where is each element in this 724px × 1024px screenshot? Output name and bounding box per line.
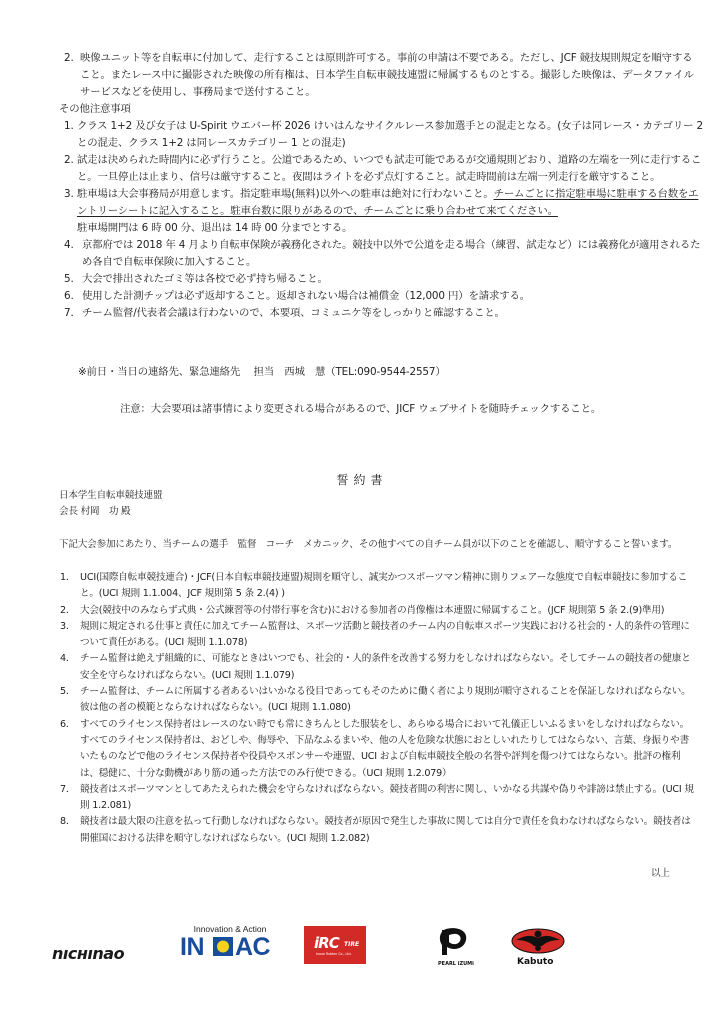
caution-note: 注意：大会要項は諸事情により変更される場合があるので、JICF ウェブサイトを随…: [120, 401, 601, 418]
item-number: 8．: [60, 814, 80, 847]
pledge-item-3: 3． 規則に規定される仕事と責任に加えてチーム監督は、スポーツ活動と競技者のチー…: [60, 619, 698, 652]
other-notes-heading: その他注意事項: [59, 101, 131, 118]
svg-text:IN: IN: [180, 934, 204, 958]
item-number: 3.: [64, 186, 77, 237]
pledge-item-1: 1． UCI(国際自転車競技連合)・JCF(日本自転車競技連盟)規則を順守し、誠…: [60, 570, 698, 603]
svg-text:PEARL iZUMi: PEARL iZUMi: [438, 961, 474, 967]
item-text: 映像ユニット等を自転車に付加して、走行することは原則許可する。事前の申請は不要で…: [78, 50, 696, 101]
item-number: 7．: [60, 782, 80, 815]
svg-text:TIRE: TIRE: [344, 941, 360, 948]
item-number: 3．: [60, 619, 80, 652]
item-text: チーム監督は、チームに所属する者あるいはいかなる役目であってもそのために働く者に…: [80, 684, 698, 717]
emergency-contact: ※前日・当日の連絡先、緊急連絡先 担当 西城 慧（TEL:090-9544-25…: [78, 364, 446, 381]
item-text: 使用した計測チップは必ず返却すること。返却されない場合は補償金（12,000 円…: [82, 288, 704, 305]
closing-mark: 以上: [651, 866, 670, 882]
item-number: 7．: [64, 305, 82, 322]
other-note-item-4: 4. 京都府では 2018 年 4 月より自転車保険が義務化された。競技中以外で…: [64, 237, 704, 271]
other-note-item-6: 6. 使用した計測チップは必ず返却すること。返却されない場合は補償金（12,00…: [64, 288, 704, 305]
kabuto-logo: Kabuto: [508, 926, 568, 972]
addressee-organization: 日本学生自転車競技連盟: [59, 488, 162, 504]
other-note-item-5: 5. 大会で排出されたゴミ等は各校で必ず持ち帰ること。: [64, 271, 704, 288]
inoac-wordmark-icon: IN AC: [178, 934, 282, 958]
item-number: 4.: [64, 237, 82, 271]
item-number: 5.: [64, 271, 82, 288]
document-page: 2. 映像ユニット等を自転車に付加して、走行することは原則許可する。事前の申請は…: [0, 0, 724, 1024]
video-rule-item: 2. 映像ユニット等を自転車に付加して、走行することは原則許可する。事前の申請は…: [64, 50, 696, 101]
nichinao-logo: nıcнınao: [50, 944, 154, 966]
pledge-list: 1． UCI(国際自転車競技連合)・JCF(日本自転車競技連盟)規則を順守し、誠…: [60, 570, 698, 847]
svg-text:nıcнınao: nıcнınao: [52, 944, 125, 962]
svg-text:Inoue Rubber Co., Ltd.: Inoue Rubber Co., Ltd.: [316, 952, 352, 956]
nichinao-logo-icon: nıcнınao: [50, 944, 154, 962]
svg-text:AC: AC: [235, 934, 271, 958]
irc-tire-logo: iRC TIRE Inoue Rubber Co., Ltd.: [304, 926, 366, 968]
item-text: チーム監督は絶えず組織的に、可能なときはいつでも、社会的・人的条件を改善する努力…: [80, 651, 698, 684]
other-note-item-1: 1. クラス 1+2 及び女子は U-Spirit ウエバー杯 2026 けいは…: [64, 118, 704, 152]
irc-tire-logo-icon: iRC TIRE Inoue Rubber Co., Ltd.: [304, 926, 366, 964]
item-number: 1.: [64, 118, 77, 152]
pledge-item-7: 7． 競技者はスポーツマンとしてあたえられた機会を守らなければならない。競技者間…: [60, 782, 698, 815]
item-number: 2．: [60, 603, 80, 619]
item-number: 2.: [64, 50, 78, 101]
svg-text:iRC: iRC: [314, 934, 340, 952]
item-number: 1．: [60, 570, 80, 603]
parking-hours-text: 駐車場開門は 6 時 00 分、退出は 14 時 00 分までとする。: [77, 222, 352, 234]
other-note-item-7: 7． チーム監督/代表者会議は行わないので、本要項、コミュニケ等をしっかりと確認…: [64, 305, 704, 322]
item-text: 規則に規定される仕事と責任に加えてチーム監督は、スポーツ活動と競技者のチーム内の…: [80, 619, 698, 652]
item-text: 大会で排出されたゴミ等は各校で必ず持ち帰ること。: [82, 271, 704, 288]
item-text: 試走は決められた時間内に必ず行うこと。公道であるため、いつでも試走可能であるが交…: [77, 152, 704, 186]
item-number: 5．: [60, 684, 80, 717]
item-number: 4．: [60, 651, 80, 684]
pledge-intro: 下記大会参加にあたり、当チームの選手 監督 コーチ メカニック、その他すべての自…: [59, 537, 719, 553]
item-number: 6．: [60, 717, 80, 782]
pledge-item-8: 8． 競技者は最大限の注意を払って行動しなければならない。競技者が原因で発生した…: [60, 814, 698, 847]
pledge-item-2: 2． 大会(競技中のみならず式典・公式練習等の付帯行事を含む)における参加者の肖…: [60, 603, 698, 619]
pledge-item-5: 5． チーム監督は、チームに所属する者あるいはいかなる役目であってもそのために働…: [60, 684, 698, 717]
item-text: 競技者はスポーツマンとしてあたえられた機会を守らなければならない。競技者間の利害…: [80, 782, 698, 815]
other-notes-list: 1. クラス 1+2 及び女子は U-Spirit ウエバー杯 2026 けいは…: [64, 118, 704, 322]
parking-text: 駐車場は大会事務局が用意します。指定駐車場(無料)以外への駐車は絶対に行わないこ…: [77, 188, 494, 200]
item-text: すべてのライセンス保持者はレースのない時でも常にきちんとした服装をし、あらゆる場…: [80, 717, 698, 782]
pearl-izumi-logo-icon: PEARL iZUMi: [434, 925, 478, 969]
inoac-logo: Innovation & Action IN AC: [178, 924, 282, 962]
item-text: 京都府では 2018 年 4 月より自転車保険が義務化された。競技中以外で公道を…: [82, 237, 704, 271]
kabuto-logo-icon: Kabuto: [508, 926, 568, 968]
pledge-addressee: 日本学生自転車競技連盟 会長 村岡 功 殿: [59, 488, 162, 521]
other-note-item-3: 3. 駐車場は大会事務局が用意します。指定駐車場(無料)以外への駐車は絶対に行わ…: [64, 186, 704, 237]
pledge-item-4: 4． チーム監督は絶えず組織的に、可能なときはいつでも、社会的・人的条件を改善す…: [60, 651, 698, 684]
item-text: 大会(競技中のみならず式典・公式練習等の付帯行事を含む)における参加者の肖像権は…: [80, 603, 698, 619]
svg-text:Kabuto: Kabuto: [517, 957, 553, 967]
item-number: 2.: [64, 152, 77, 186]
item-text: UCI(国際自転車競技連合)・JCF(日本自転車競技連盟)規則を順守し、誠実かつ…: [80, 570, 698, 603]
pearl-izumi-logo: PEARL iZUMi: [434, 925, 478, 973]
addressee-name: 会長 村岡 功 殿: [59, 504, 162, 520]
inoac-tagline: Innovation & Action: [178, 924, 282, 934]
item-text: チーム監督/代表者会議は行わないので、本要項、コミュニケ等をしっかりと確認するこ…: [82, 305, 704, 322]
item-text: 競技者は最大限の注意を払って行動しなければならない。競技者が原因で発生した事故に…: [80, 814, 698, 847]
other-note-item-2: 2. 試走は決められた時間内に必ず行うこと。公道であるため、いつでも試走可能であ…: [64, 152, 704, 186]
pledge-item-6: 6． すべてのライセンス保持者はレースのない時でも常にきちんとした服装をし、あら…: [60, 717, 698, 782]
item-text: クラス 1+2 及び女子は U-Spirit ウエバー杯 2026 けいはんなサ…: [77, 118, 704, 152]
pledge-title: 誓約書: [0, 471, 724, 488]
item-number: 6.: [64, 288, 82, 305]
